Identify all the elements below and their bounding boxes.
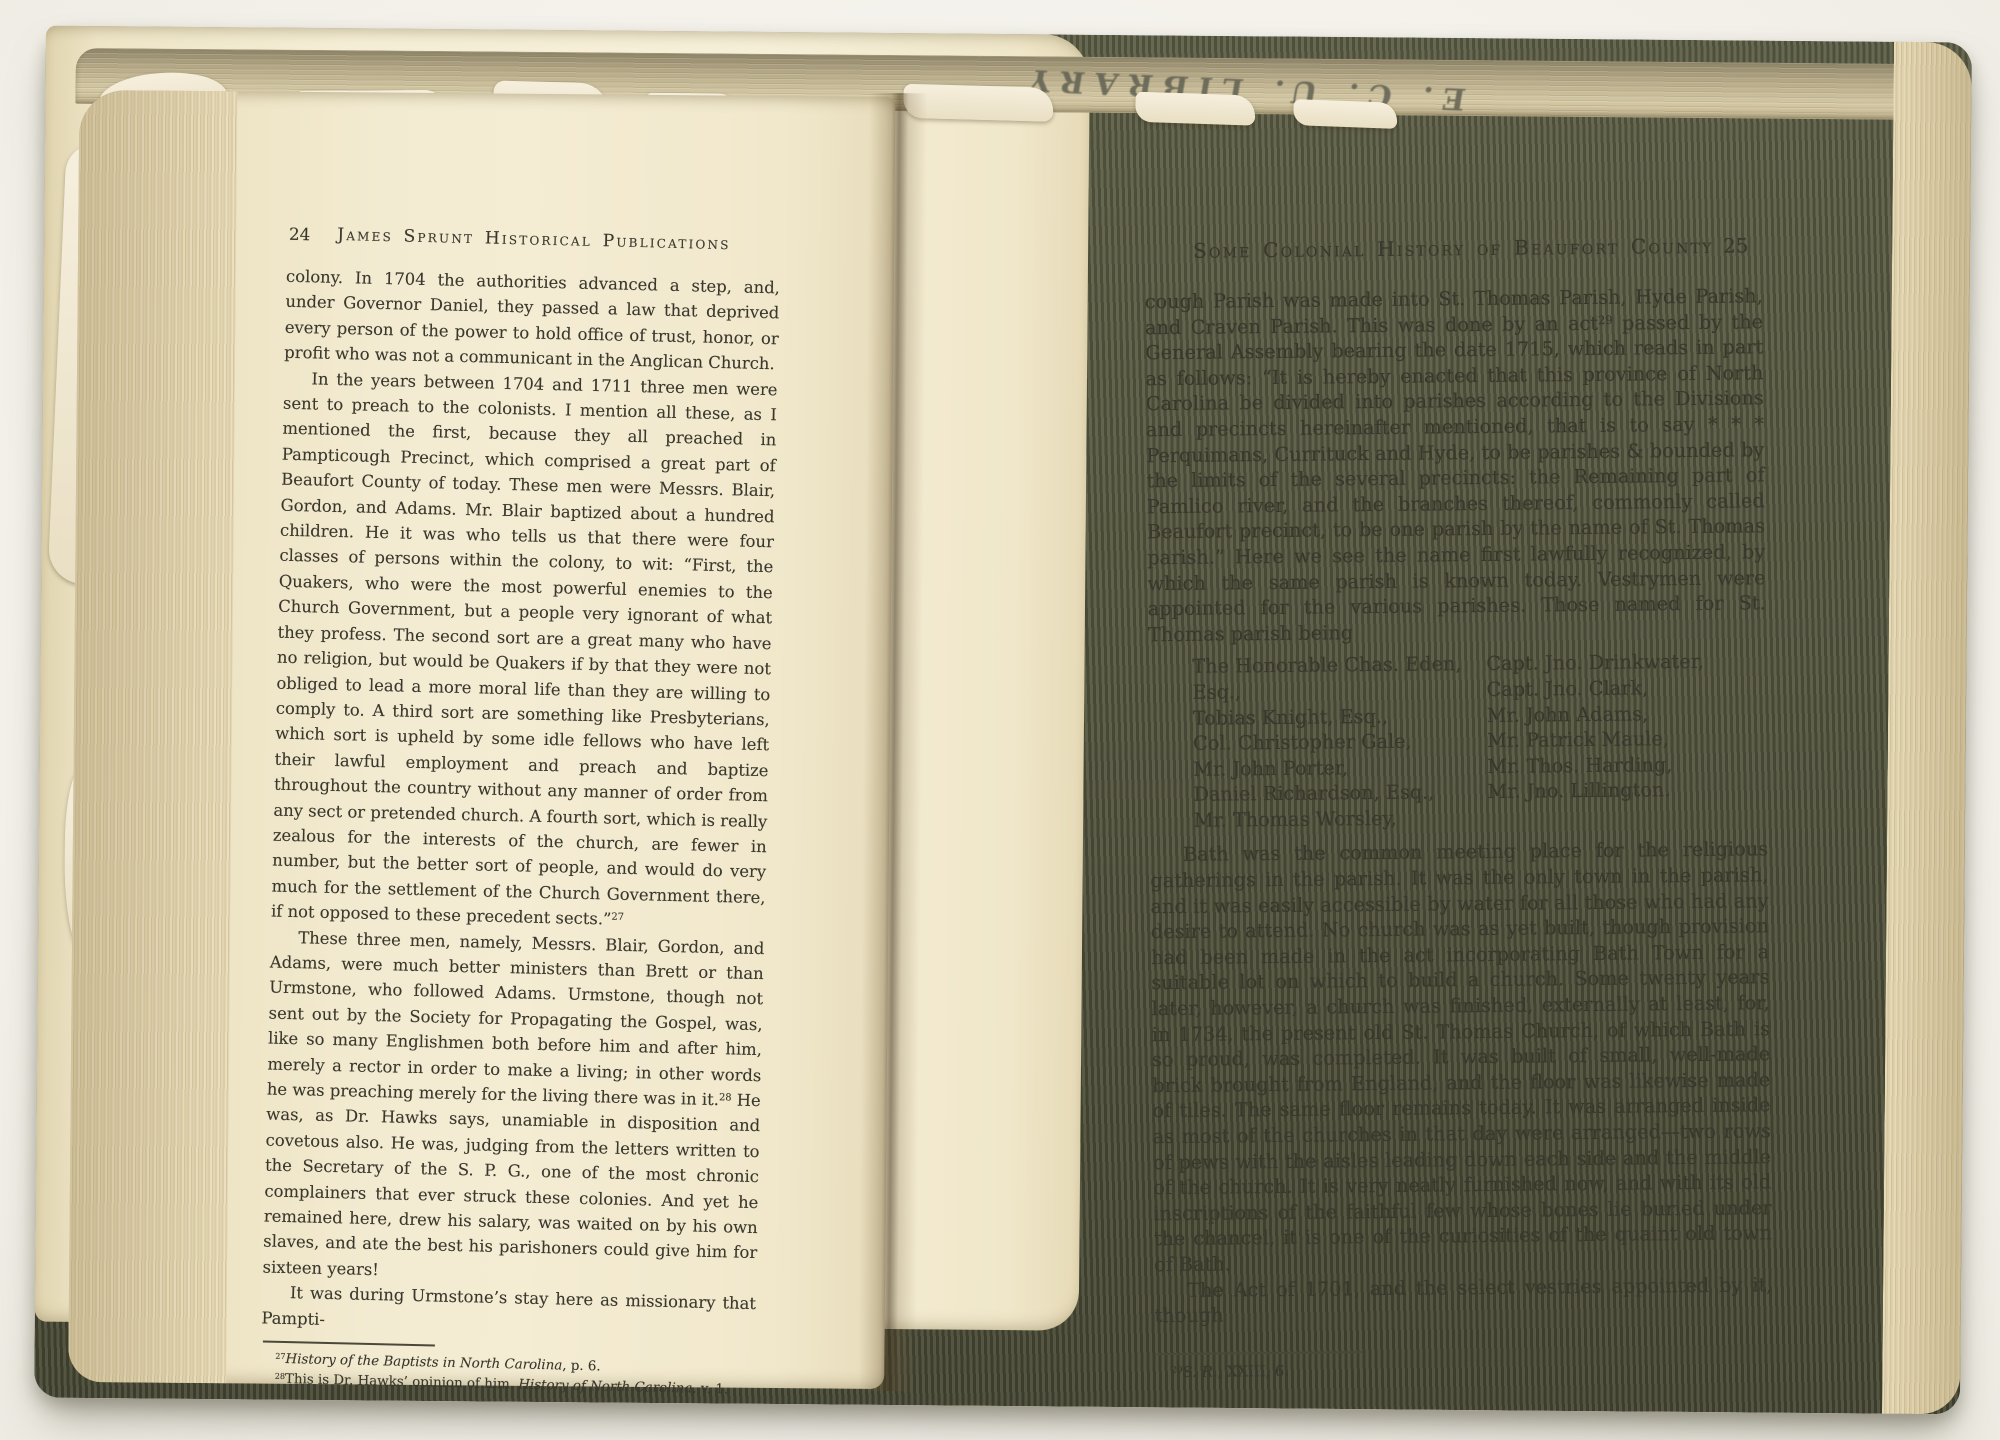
right-footnotes: 29S. R., XXIII, 6.: [1155, 1347, 1773, 1383]
vestryman: Tobias Knight, Esq.,: [1193, 702, 1487, 730]
footnote-rule: [1157, 1351, 1362, 1355]
vestrymen-list: The Honorable Chas. Eden, Esq., Tobias K…: [1192, 649, 1768, 834]
paragraph: These three men, namely, Messrs. Blair, …: [262, 924, 764, 1291]
vestryman: Mr. Thos. Harding,: [1487, 751, 1767, 779]
vestryman: Capt. Jno. Clark,: [1486, 674, 1766, 702]
left-page-text: 24 James Sprunt Historical Publications …: [260, 222, 781, 1401]
vestryman: Mr. Jno. Lillington.: [1487, 777, 1767, 805]
vestrymen-column-right: Capt. Jno. Drinkwater, Capt. Jno. Clark,…: [1486, 649, 1768, 831]
vestryman: Mr. Patrick Maule,: [1487, 725, 1767, 753]
vestryman: Mr. John Adams,: [1487, 700, 1767, 728]
left-page-edge-stack: [68, 90, 237, 1383]
paragraph: It was during Urmstone’s stay here as mi…: [261, 1280, 756, 1342]
footnote-rule: [263, 1341, 435, 1347]
torn-paper-scrap: [1135, 92, 1256, 126]
vestryman: Col. Christopher Gale,: [1193, 728, 1487, 756]
book-cover: E. C. U. LIBRARY 24 James Sprunt Histori…: [34, 26, 1972, 1415]
right-page-number: 25: [1723, 233, 1748, 259]
vestryman: Capt. Jno. Drinkwater,: [1486, 649, 1766, 677]
torn-paper-scrap: [1293, 99, 1398, 129]
vestryman: The Honorable Chas. Eden, Esq.,: [1192, 651, 1486, 705]
paragraph: In the years between 1704 and 1711 three…: [271, 365, 778, 935]
right-page-edge-stack: [1882, 42, 1972, 1415]
vestrymen-column-left: The Honorable Chas. Eden, Esq., Tobias K…: [1192, 651, 1488, 833]
book-gutter-shadow: [858, 93, 927, 1391]
paragraph: The Act of 1701, and the select vestries…: [1154, 1272, 1772, 1329]
paragraph: cough Parish was made into St. Thomas Pa…: [1145, 283, 1766, 647]
left-footnotes: 27History of the Baptists in North Carol…: [260, 1340, 755, 1401]
footnote: 29S. R., XXIII, 6.: [1155, 1356, 1773, 1383]
right-page-text: Some Colonial History of Beaufort County…: [1144, 233, 1773, 1383]
book-photo: { "colors": { "page_cream": "#f3ebd1", "…: [0, 0, 2000, 1440]
left-page-number: 24: [289, 222, 311, 248]
right-running-head-row: Some Colonial History of Beaufort County…: [1144, 233, 1762, 267]
paragraph: Bath was the common meeting place for th…: [1150, 837, 1772, 1278]
vestryman: Daniel Richardson, Esq.,: [1193, 779, 1487, 807]
right-running-head: Some Colonial History of Beaufort County: [1144, 233, 1762, 265]
vestryman: Mr. John Porter,: [1193, 754, 1487, 782]
paragraph: colony. In 1704 the authorities advanced…: [284, 264, 780, 377]
vestryman: Mr. Thomas Worsley,: [1194, 805, 1488, 833]
